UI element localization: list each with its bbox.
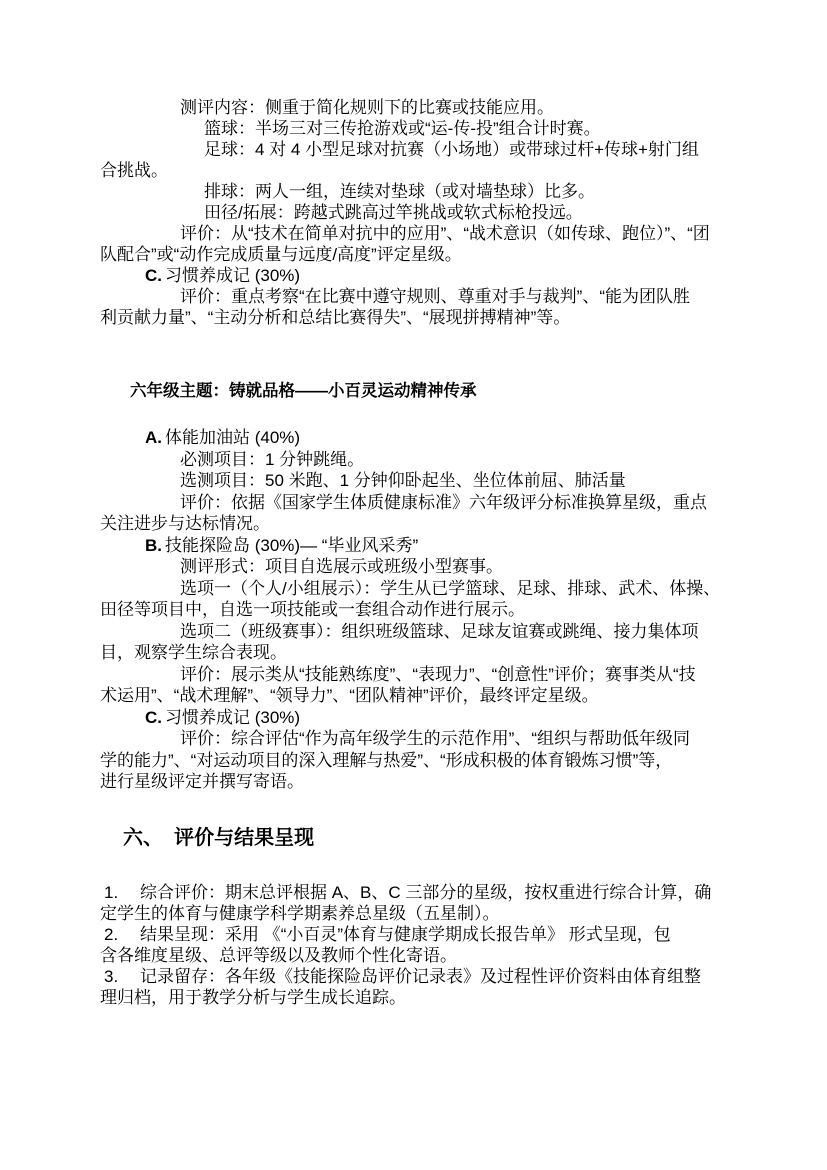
list-letter: A.	[145, 428, 162, 447]
text-line: 进行星级评定并撰写寄语。	[100, 771, 760, 793]
item-number: 2.	[100, 924, 140, 945]
text-line: 评价：综合评估“作为高年级学生的示范作用”、“组织与帮助低年级同	[100, 728, 760, 750]
text-line: 定学生的体育与健康学科学期素养总星级（五星制）。	[100, 903, 760, 924]
text-line: 必测项目：1 分钟跳绳。	[100, 449, 760, 471]
text-line: 选项二（班级赛事）：组织班级篮球、足球友谊赛或跳绳、接力集体项	[100, 621, 760, 643]
list-letter: B.	[145, 536, 162, 555]
numbered-item-3: 3.记录留存：各年级《技能探险岛评价记录表》及过程性评价资料由体育组整	[100, 966, 760, 987]
grade5-assessment-tail: 测评内容：侧重于简化规则下的比赛或技能应用。 篮球：半场三对三传抢游戏或“运-传…	[100, 97, 760, 328]
text-line: 利贡献力量”、“主动分析和总结比赛得失”、“展现拼搏精神”等。	[100, 307, 760, 328]
document-body: 测评内容：侧重于简化规则下的比赛或技能应用。 篮球：半场三对三传抢游戏或“运-传…	[100, 97, 760, 1008]
text-line: 关注进步与达标情况。	[100, 513, 760, 535]
text-line: 选项一（个人/小组展示）：学生从已学篮球、足球、排球、武术、体操、	[100, 578, 760, 600]
numbered-item-text: 结果呈现：采用 《“小百灵”体育与健康学期成长报告单》 形式呈现，包	[140, 925, 671, 944]
item-number: 1.	[100, 882, 140, 903]
text-line: 合挑战。	[100, 160, 760, 181]
text-line: 排球：两人一组，连续对垫球（或对墙垫球）比多。	[100, 181, 760, 202]
numbered-item-text: 记录留存：各年级《技能探险岛评价记录表》及过程性评价资料由体育组整	[140, 967, 701, 986]
text-line: 选测项目：50 米跑、1 分钟仰卧起坐、坐位体前屈、肺活量	[100, 470, 760, 492]
results-section: 1.综合评价：期末总评根据 A、B、C 三部分的星级，按权重进行综合计算，确 定…	[100, 882, 760, 1008]
section-six-heading: 六、 评价与结果呈现	[100, 825, 760, 851]
text-line: 田径等项目中，自选一项技能或一套组合动作进行展示。	[100, 599, 760, 621]
text-line: 学的能力”、“对运动项目的深入理解与热爱”、“形成积极的体育锻炼习惯”等，	[100, 750, 760, 772]
list-item-text: 体能加油站 (40%)	[165, 428, 300, 447]
text-line: 田径/拓展：跨越式跳高过竿挑战或软式标枪投远。	[100, 202, 760, 223]
text-line: 评价：从“技术在简单对抗中的应用”、“战术意识（如传球、跑位）”、“团	[100, 223, 760, 244]
text-line: 含各维度星级、总评等级以及教师个性化寄语。	[100, 945, 760, 966]
list-item-b: B.技能探险岛 (30%)— “毕业风采秀”	[100, 535, 760, 557]
list-item-text: 技能探险岛 (30%)— “毕业风采秀”	[165, 536, 418, 555]
list-letter: C.	[145, 708, 162, 727]
text-line: 评价：依据《国家学生体质健康标准》六年级评分标准换算星级，重点	[100, 492, 760, 514]
list-item-text: 习惯养成记 (30%)	[165, 266, 300, 285]
list-item-c: C.习惯养成记 (30%)	[100, 707, 760, 729]
text-line: 术运用”、“战术理解”、“领导力”、“团队精神”评价，最终评定星级。	[100, 685, 760, 707]
text-line: 篮球：半场三对三传抢游戏或“运-传-投”组合计时赛。	[100, 118, 760, 139]
text-line: 理归档，用于教学分析与学生成长追踪。	[100, 987, 760, 1008]
item-number: 3.	[100, 966, 140, 987]
numbered-item-text: 综合评价：期末总评根据 A、B、C 三部分的星级，按权重进行综合计算，确	[140, 883, 711, 902]
document-page: 测评内容：侧重于简化规则下的比赛或技能应用。 篮球：半场三对三传抢游戏或“运-传…	[0, 0, 827, 1170]
list-item-a: A.体能加油站 (40%)	[100, 427, 760, 449]
text-line: 足球：4 对 4 小型足球对抗赛（小场地）或带球过杆+传球+射门组	[100, 139, 760, 160]
text-line: 目，观察学生综合表现。	[100, 642, 760, 664]
list-item-c: C.习惯养成记 (30%)	[100, 265, 760, 286]
list-item-text: 习惯养成记 (30%)	[165, 708, 300, 727]
list-letter: C.	[145, 266, 162, 285]
text-line: 队配合”或“动作完成质量与远度/高度”评定星级。	[100, 244, 760, 265]
grade6-theme-heading: 六年级主题：铸就品格——小百灵运动精神传承	[100, 380, 760, 402]
numbered-item-1: 1.综合评价：期末总评根据 A、B、C 三部分的星级，按权重进行综合计算，确	[100, 882, 760, 903]
grade6-section: A.体能加油站 (40%) 必测项目：1 分钟跳绳。 选测项目：50 米跑、1 …	[100, 427, 760, 793]
text-line: 评价：重点考察“在比赛中遵守规则、尊重对手与裁判”、“能为团队胜	[100, 286, 760, 307]
text-line: 测评内容：侧重于简化规则下的比赛或技能应用。	[100, 97, 760, 118]
text-line: 测评形式：项目自选展示或班级小型赛事。	[100, 556, 760, 578]
text-line: 评价：展示类从“技能熟练度”、“表现力”、“创意性”评价；赛事类从“技	[100, 664, 760, 686]
numbered-item-2: 2.结果呈现：采用 《“小百灵”体育与健康学期成长报告单》 形式呈现，包	[100, 924, 760, 945]
